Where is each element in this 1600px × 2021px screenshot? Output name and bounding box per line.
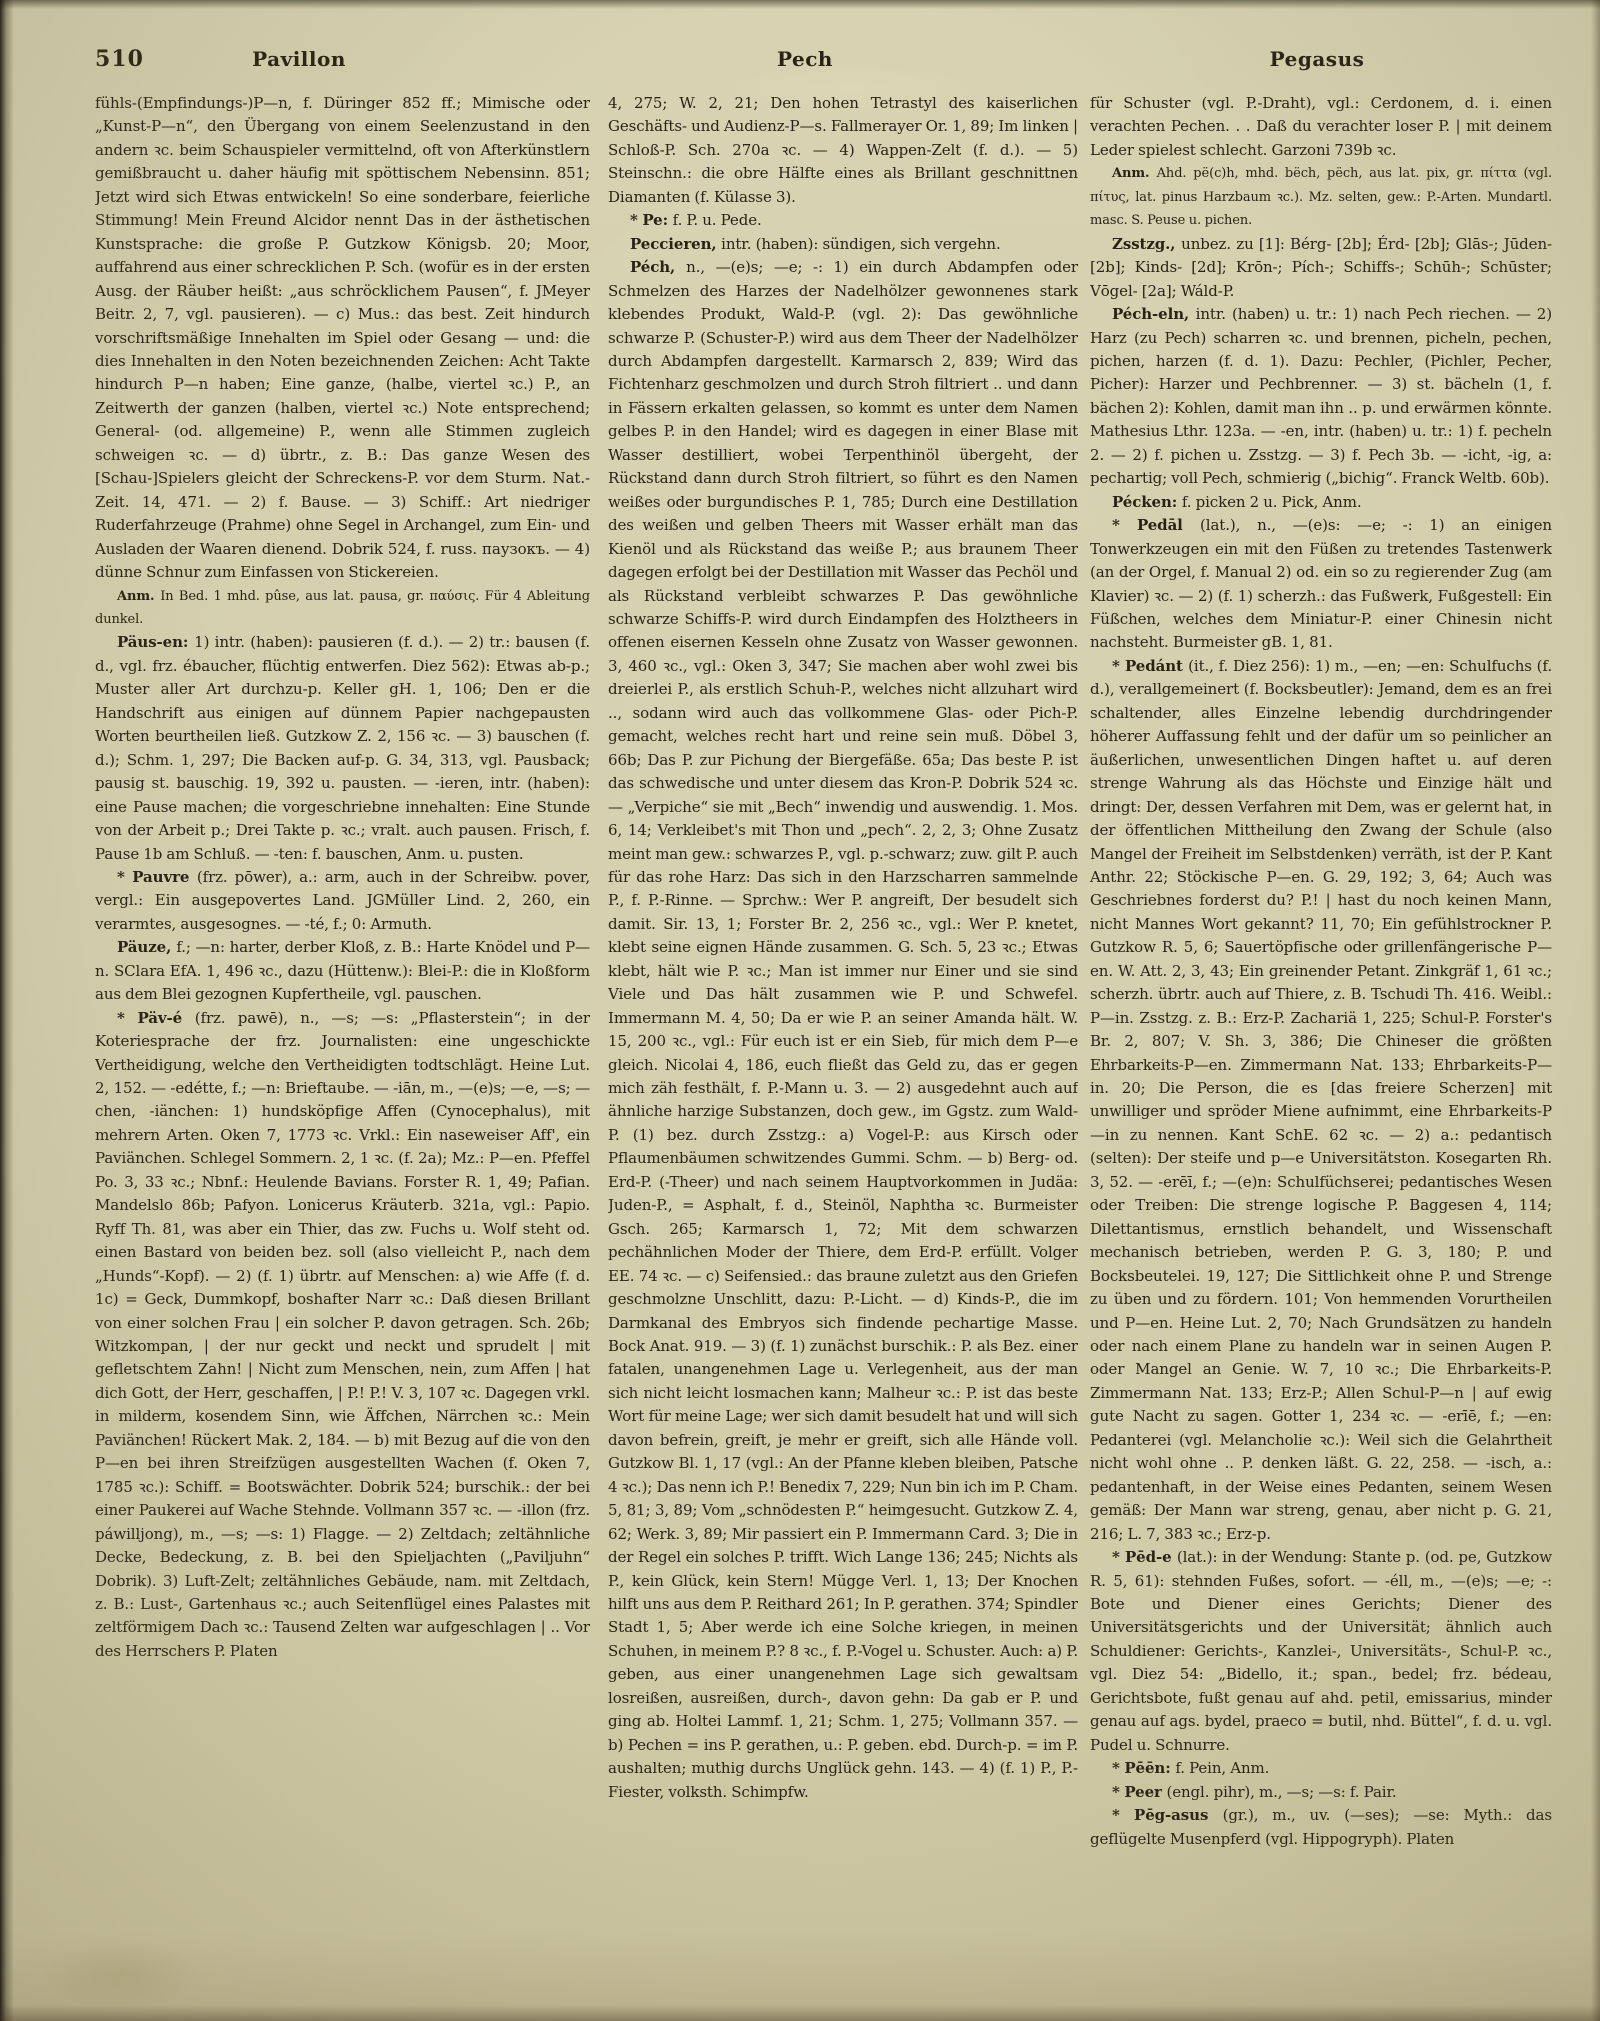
- dictionary-paragraph: Anm. In Bed. 1 mhd. pûse, aus lat. pausa…: [95, 585, 590, 632]
- scan-edge-top: [0, 0, 1600, 9]
- dictionary-paragraph: Péch, n., —(e)s; —e; -: 1) ein durch Abd…: [608, 256, 1078, 1804]
- dictionary-paragraph: Päus-en: 1) intr. (haben): pausieren (f.…: [95, 631, 590, 866]
- dictionary-paragraph: * Peer (engl. pihr), m., —s; —s: f. Pair…: [1090, 1781, 1552, 1804]
- entry-headword: Péch,: [630, 258, 686, 276]
- dictionary-paragraph: * Pe: f. P. u. Pede.: [608, 209, 1078, 232]
- scan-edge-right: [1591, 0, 1600, 2021]
- page-number: 510: [95, 46, 144, 72]
- dictionary-paragraph: Päuze, f.; —n: harter, derber Kloß, z. B…: [95, 936, 590, 1006]
- scan-edge-left: [0, 0, 14, 2021]
- entry-headword: * Pēd-e: [1112, 1548, 1177, 1566]
- text-columns: fühls-(Empfindungs-)P—n, f. Düringer 852…: [95, 92, 1552, 1884]
- scan-edge-bottom: [0, 2005, 1600, 2021]
- dictionary-paragraph: fühls-(Empfindungs-)P—n, f. Düringer 852…: [95, 92, 590, 585]
- entry-headword: Zsstzg.,: [1112, 235, 1181, 253]
- dictionary-paragraph: * Pēg-asus (gr.), m., uv. (—ses); —se: M…: [1090, 1804, 1552, 1851]
- dictionary-paragraph: * Pauvre (frz. pōwer), a.: arm, auch in …: [95, 866, 590, 936]
- page-header: 510 Pavillon Pech Pegasus: [95, 46, 1552, 76]
- entry-headword: Anm.: [1112, 166, 1157, 181]
- entry-headword: Pécken:: [1112, 493, 1182, 511]
- entry-headword: * Peer: [1112, 1783, 1166, 1801]
- entry-headword: * Pe:: [630, 211, 673, 229]
- entry-headword: * Pedāl: [1112, 516, 1200, 534]
- scanned-dictionary-page: 510 Pavillon Pech Pegasus fühls-(Empfind…: [0, 0, 1600, 2021]
- dictionary-paragraph: * Pēd-e (lat.): in der Wendung: Stante p…: [1090, 1546, 1552, 1757]
- dictionary-paragraph: Zsstzg., unbez. zu [1]: Bérg- [2b]; Érd-…: [1090, 233, 1552, 303]
- entry-headword: Péch-eln,: [1112, 305, 1196, 323]
- dictionary-paragraph: für Schuster (vgl. P.-Draht), vgl.: Cerd…: [1090, 92, 1552, 162]
- dictionary-paragraph: Anm. Ahd. pë(c)h, mhd. bëch, pëch, aus l…: [1090, 162, 1552, 232]
- dictionary-paragraph: * Pedánt (it., f. Diez 256): 1) m., —en;…: [1090, 655, 1552, 1546]
- guide-word-center: Pech: [777, 47, 833, 71]
- dictionary-paragraph: Péch-eln, intr. (haben) u. tr.: 1) nach …: [1090, 303, 1552, 491]
- entry-headword: * Pēēn:: [1112, 1759, 1175, 1777]
- entry-headword: * Pēg-asus: [1112, 1806, 1223, 1824]
- guide-word-right: Pegasus: [1270, 47, 1365, 71]
- text-column-left: fühls-(Empfindungs-)P—n, f. Düringer 852…: [95, 92, 590, 1884]
- guide-word-left: Pavillon: [252, 47, 346, 71]
- dictionary-paragraph: * Pedāl (lat.), n., —(e)s: —e; -: 1) an …: [1090, 514, 1552, 655]
- entry-headword: Päuze,: [117, 938, 176, 956]
- text-column-right: für Schuster (vgl. P.-Draht), vgl.: Cerd…: [1090, 92, 1552, 1884]
- dictionary-paragraph: Pécken: f. picken 2 u. Pick, Anm.: [1090, 491, 1552, 514]
- entry-headword: * Päv-é: [117, 1009, 195, 1027]
- dictionary-paragraph: * Pēēn: f. Pein, Anm.: [1090, 1757, 1552, 1780]
- dictionary-paragraph: 4, 275; W. 2, 21; Den hohen Tetrastyl de…: [608, 92, 1078, 209]
- entry-headword: Peccieren,: [630, 235, 721, 253]
- entry-headword: Anm.: [117, 589, 160, 604]
- text-column-center: 4, 275; W. 2, 21; Den hohen Tetrastyl de…: [608, 92, 1078, 1884]
- dictionary-paragraph: Peccieren, intr. (haben): sündigen, sich…: [608, 233, 1078, 256]
- dictionary-paragraph: * Päv-é (frz. pawē), n., —s; —s: „Pflast…: [95, 1007, 590, 1664]
- entry-headword: Päus-en:: [117, 633, 194, 651]
- entry-headword: * Pedánt: [1112, 657, 1188, 675]
- entry-headword: * Pauvre: [117, 868, 197, 886]
